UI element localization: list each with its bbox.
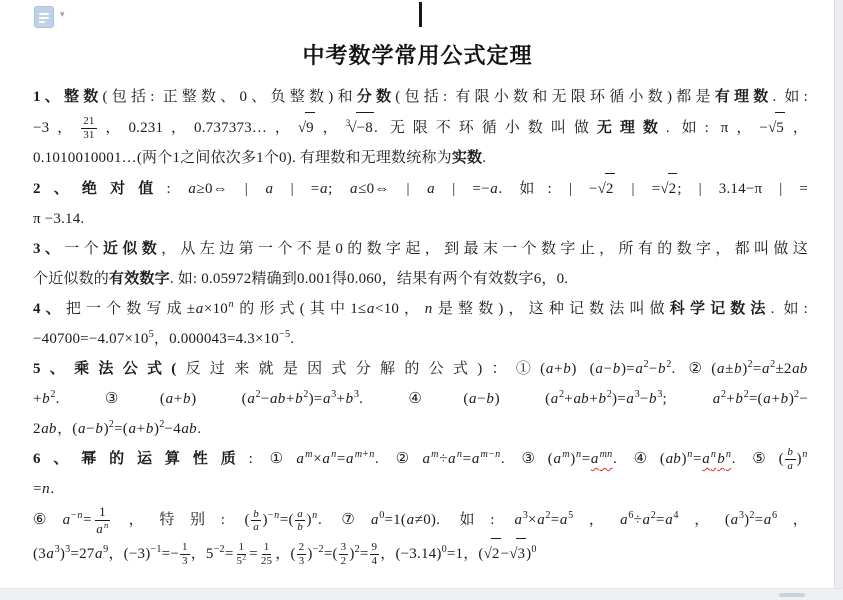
text-line: −3，2131，0.231，0.737373…，9，3−8. 无限不环循小数叫做… [33, 112, 808, 143]
text-line: +b2. ③(a+b) (a2−ab+b2)=a3+b3. ④(a−b) (a2… [33, 384, 808, 414]
text-line: 5、乘法公式(反过来就是因式分解的公式)：①(a+b) (a−b)=a2−b2.… [33, 354, 808, 384]
document-canvas[interactable]: 中考数学常用公式定理 1、整数(包括: 正整数、0、负整数)和分数(包括: 有限… [0, 0, 835, 589]
vertical-scrollbar-track[interactable] [834, 0, 843, 600]
text-line: =n. [33, 474, 808, 504]
horizontal-scrollbar-thumb[interactable] [779, 593, 805, 597]
text-line: 个近似数的有效数字. 如: 0.05972精确到0.001得0.060，结果有两… [33, 264, 808, 294]
text-line: ⑥a−n=1an，特别: (ba)−n=(ab)n. ⑦a0=1(a≠0). 如… [33, 504, 808, 538]
text-line: 3、一个近似数，从左边第一个不是0的数字起，到最末一个数字止，所有的数字，都叫做… [33, 234, 808, 264]
text-line: 2、绝对值: a≥0⇔ | a | =a; a≤0⇔ | a | =−a. 如:… [33, 173, 808, 204]
paragraph: 3、一个近似数，从左边第一个不是0的数字起，到最末一个数字止，所有的数字，都叫做… [33, 234, 808, 294]
text-line: π −3.14. [33, 204, 808, 234]
horizontal-scrollbar-track[interactable] [0, 588, 843, 600]
document-page: ▾ 中考数学常用公式定理 1、整数(包括: 正整数、0、负整数)和分数(包括: … [0, 0, 843, 600]
text-line: 0.1010010001…(两个1之间依次多1个0). 有理数和无理数统称为实数… [33, 143, 808, 173]
paragraph: 4、把一个数写成±a×10n的形式(其中1≤a<10，n是整数)，这种记数法叫做… [33, 294, 808, 354]
paragraph: 2、绝对值: a≥0⇔ | a | =a; a≤0⇔ | a | =−a. 如:… [33, 173, 808, 234]
paragraph: 6、幂的运算性质: ①am×an=am+n. ②am÷an=am−n. ③(am… [33, 444, 808, 569]
text-line: 4、把一个数写成±a×10n的形式(其中1≤a<10，n是整数)，这种记数法叫做… [33, 294, 808, 324]
text-line: 6、幂的运算性质: ①am×an=am+n. ②am÷an=am−n. ③(am… [33, 444, 808, 474]
text-line: (3a3)3=27a9，(−3)−1=−13，5−2=152=125，(23)−… [33, 538, 808, 569]
document-body: 1、整数(包括: 正整数、0、负整数)和分数(包括: 有限小数和无限环循小数)都… [33, 82, 808, 569]
text-line: −40700=−4.07×105，0.000043=4.3×10−5. [33, 324, 808, 354]
paragraph: 1、整数(包括: 正整数、0、负整数)和分数(包括: 有限小数和无限环循小数)都… [33, 82, 808, 173]
text-line: 1、整数(包括: 正整数、0、负整数)和分数(包括: 有限小数和无限环循小数)都… [33, 82, 808, 112]
text-line: 2ab，(a−b)2=(a+b)2−4ab. [33, 414, 808, 444]
paragraph: 5、乘法公式(反过来就是因式分解的公式)：①(a+b) (a−b)=a2−b2.… [33, 354, 808, 444]
page-title: 中考数学常用公式定理 [0, 40, 835, 72]
